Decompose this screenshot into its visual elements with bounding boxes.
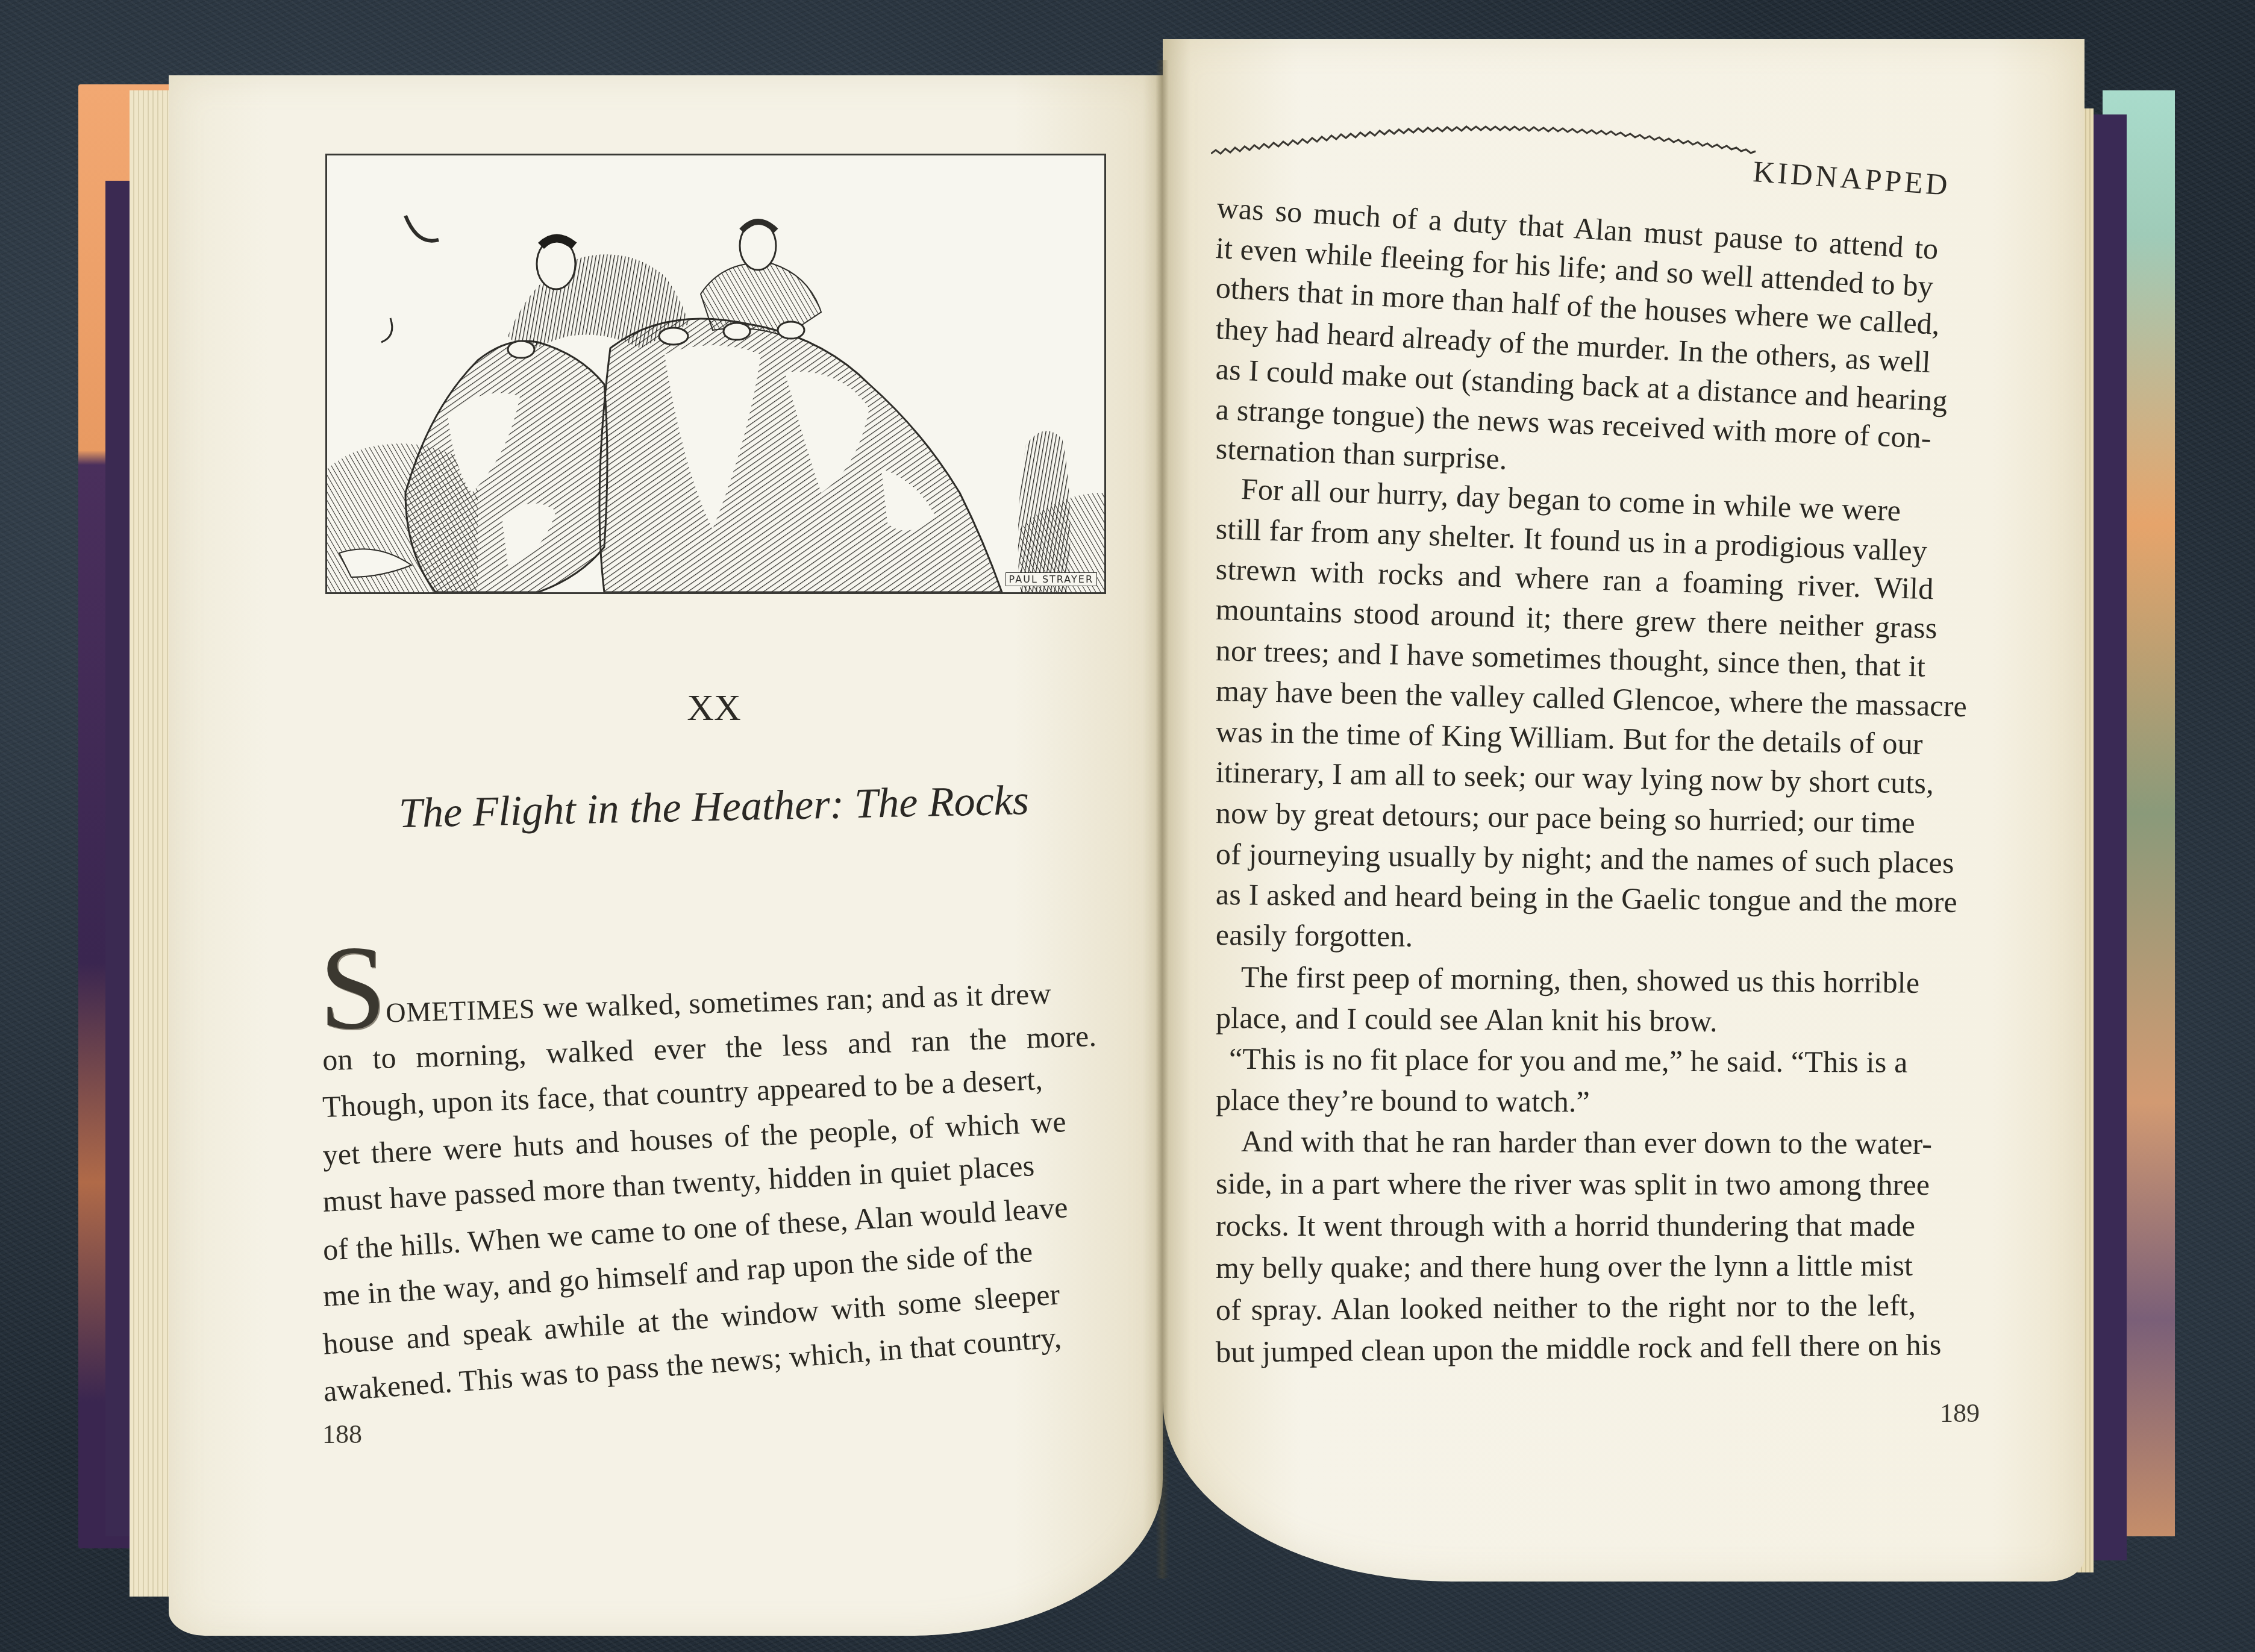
text-line: “This is no fit place for you and me,” h… bbox=[1229, 1041, 1908, 1080]
text-line: my belly quake; and there hung over the … bbox=[1216, 1248, 1913, 1285]
page-number-right: 189 bbox=[1940, 1398, 1980, 1428]
text-line: side, in a part where the river was spli… bbox=[1216, 1166, 1930, 1202]
chapter-illustration: PAUL STRAYER bbox=[325, 154, 1106, 594]
illustrator-signature: PAUL STRAYER bbox=[1006, 572, 1097, 586]
text-line: place they’re bound to watch.” bbox=[1216, 1082, 1590, 1119]
text-line: And with that he ran harder than ever do… bbox=[1241, 1124, 1932, 1161]
page-number-left: 188 bbox=[322, 1419, 362, 1450]
text-line: easily forgotten. bbox=[1216, 917, 1413, 954]
text-line: The first peep of morning, then, showed … bbox=[1241, 959, 1920, 1000]
text-line: rocks. It went through with a horrid thu… bbox=[1216, 1208, 1915, 1243]
text-line: place, and I could see Alan knit his bro… bbox=[1216, 1000, 1718, 1039]
chapter-number: XX bbox=[678, 687, 750, 730]
drop-cap: S bbox=[319, 928, 386, 1048]
text-line: of spray. Alan looked neither to the rig… bbox=[1216, 1287, 1916, 1327]
smallcaps-word: OMETIMES bbox=[386, 993, 536, 1028]
book-gutter bbox=[1156, 60, 1169, 1578]
rock-climbers-drawing-icon bbox=[327, 155, 1104, 592]
